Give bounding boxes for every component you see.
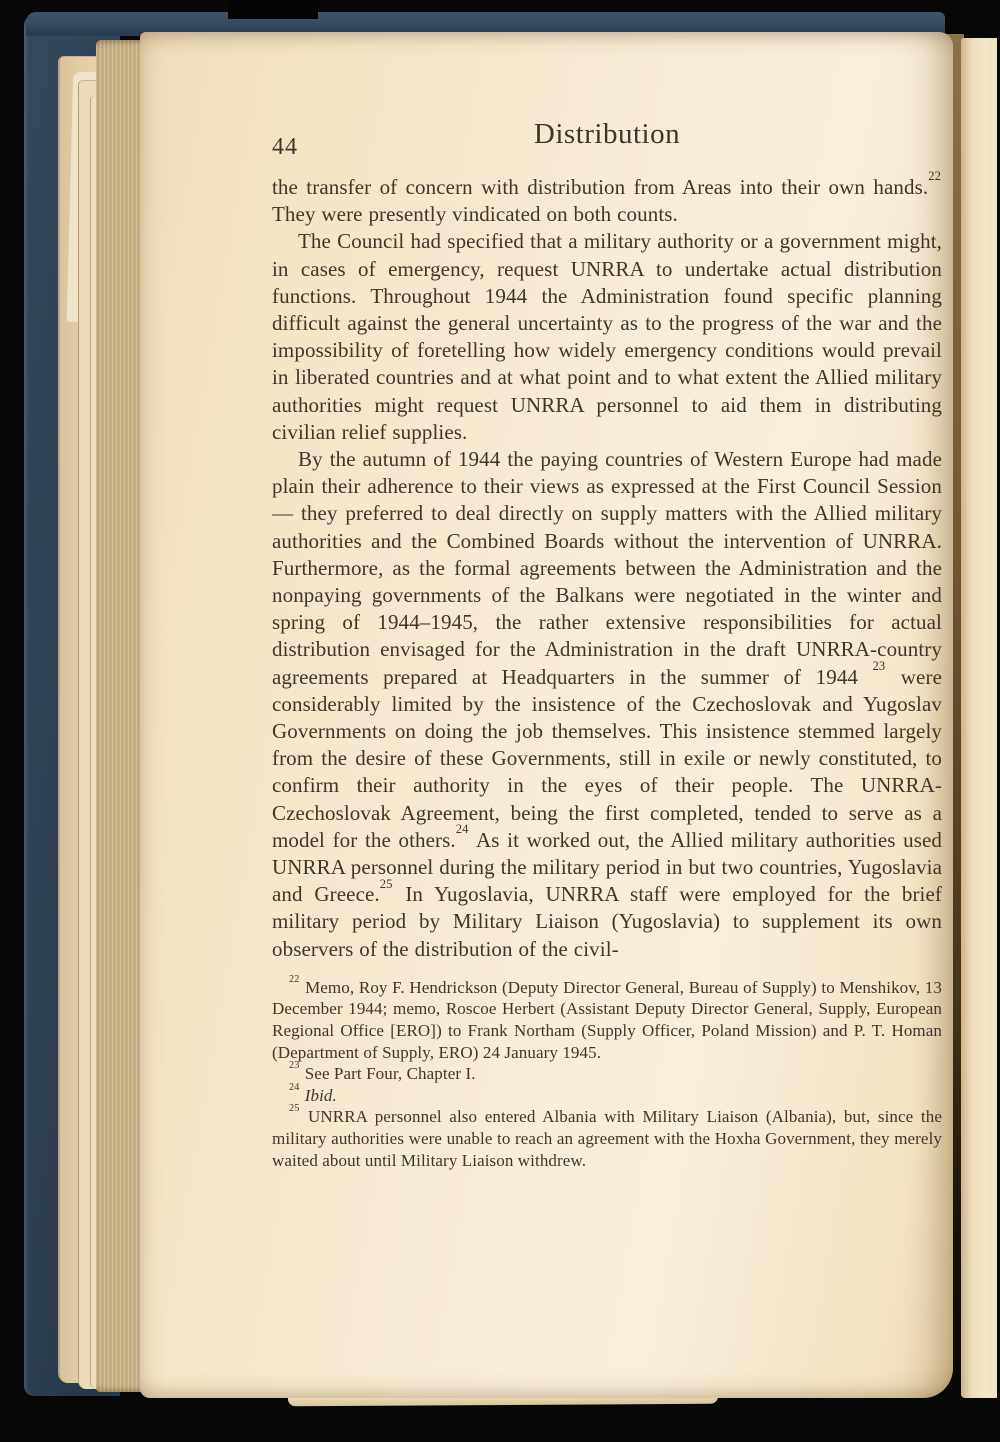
paragraph: The Council had specified that a militar… [272, 228, 942, 446]
paragraph: the transfer of concern with distributio… [272, 174, 942, 228]
footnote-marker: 25 [289, 1103, 299, 1114]
footnote-marker: 23 [289, 1060, 299, 1071]
running-head: Distribution [272, 118, 942, 151]
background-notch [228, 0, 318, 19]
text-column: 44 Distribution the transfer of concern … [272, 118, 942, 1171]
footnote-marker: 24 [289, 1082, 299, 1093]
scanned-book-photo: { "colors": { "bg": "#070707", "cover": … [0, 0, 1000, 1442]
footnote-marker: 23 [873, 659, 886, 673]
footnote-marker: 25 [380, 877, 393, 891]
body-text: the transfer of concern with distributio… [272, 174, 942, 963]
facing-page-edge [961, 38, 997, 1398]
footnote-marker: 24 [456, 822, 469, 836]
book-page: 44 Distribution the transfer of concern … [140, 32, 953, 1398]
footnote: 23 See Part Four, Chapter I. [272, 1063, 942, 1085]
page-header: 44 Distribution [272, 118, 942, 166]
footnote: 22 Memo, Roy F. Hendrickson (Deputy Dire… [272, 977, 942, 1063]
footnote-marker: 22 [928, 169, 941, 183]
page-number: 44 [272, 134, 298, 161]
fanned-page-edges [96, 40, 144, 1392]
footnote: 24 Ibid. [272, 1085, 942, 1107]
footnotes: 22 Memo, Roy F. Hendrickson (Deputy Dire… [272, 977, 942, 1171]
paragraph: By the autumn of 1944 the paying countri… [272, 446, 942, 963]
footnote-marker: 22 [289, 974, 299, 985]
footnote: 25 UNRRA personnel also entered Albania … [272, 1106, 942, 1171]
